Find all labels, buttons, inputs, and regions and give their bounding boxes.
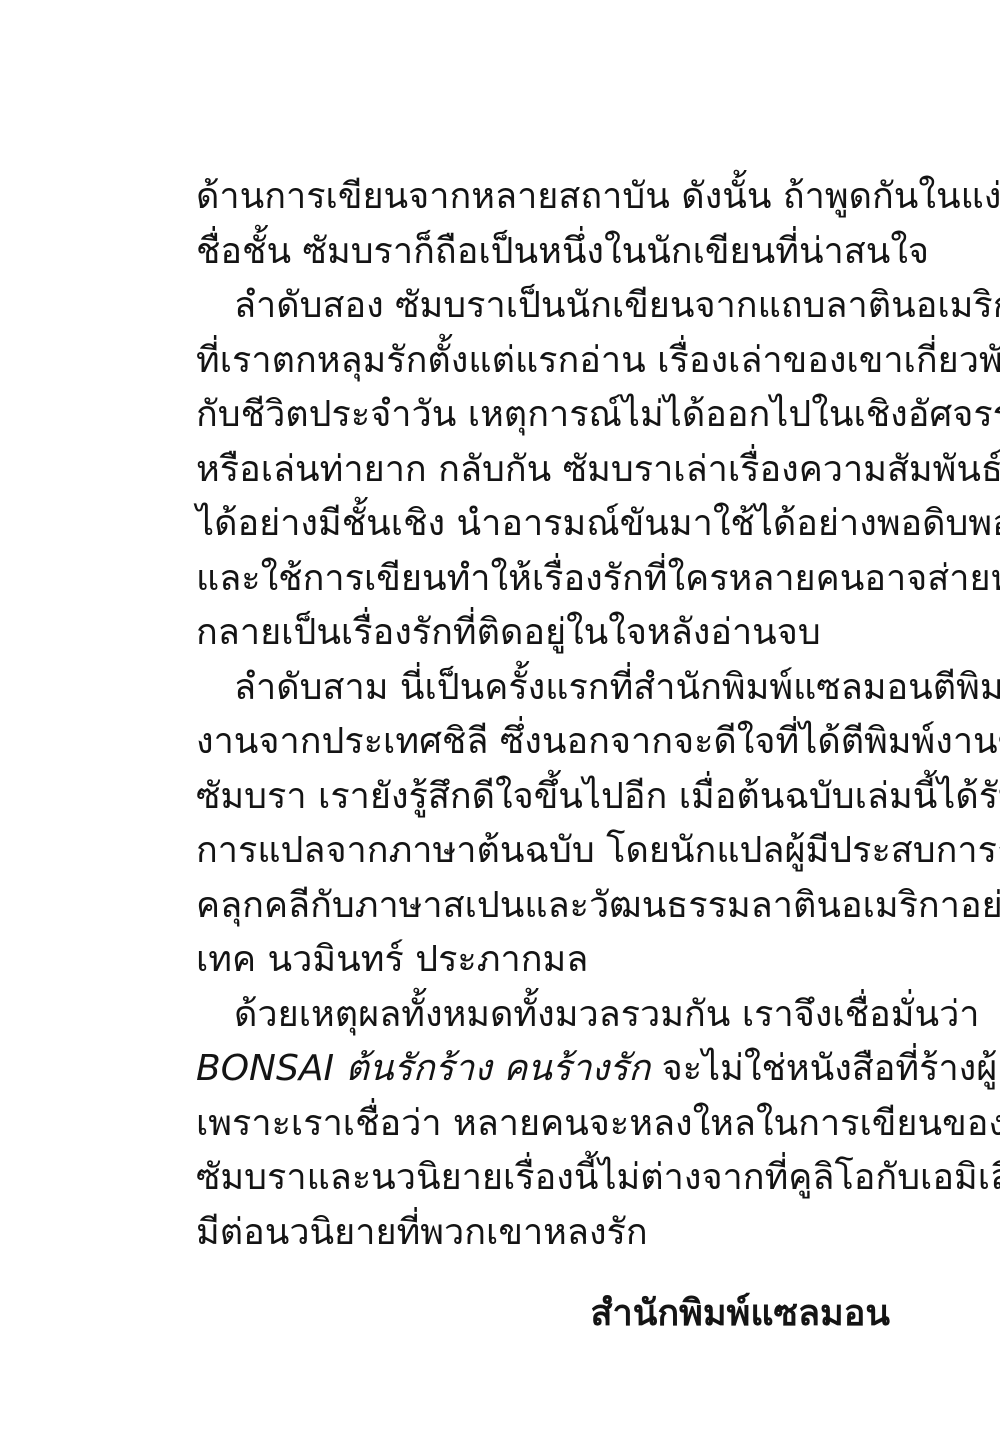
text-segment: งานจากประเทศชิลี ซึ่งนอกจากจะดีใจที่ได้ต… (196, 721, 1000, 762)
text-segment: เพราะเราเชื่อว่า หลายคนจะหลงใหลในการเขีย… (196, 1103, 1000, 1144)
text-segment: ลำดับสาม นี่เป็นครั้งแรกที่สำนักพิมพ์แซล… (234, 667, 1000, 708)
text-line: ได้อย่างมีชั้นเชิง นำอารมณ์ขันมาใช้ได้อย… (196, 497, 890, 552)
text-line: กับชีวิตประจำวัน เหตุการณ์ไม่ได้ออกไปในเ… (196, 388, 890, 443)
text-segment: ที่เราตกหลุมรักตั้งแต่แรกอ่าน เรื่องเล่า… (196, 340, 1000, 381)
text-line: ด้านการเขียนจากหลายสถาบัน ดังนั้น ถ้าพูด… (196, 170, 890, 225)
paragraph: ลำดับสาม นี่เป็นครั้งแรกที่สำนักพิมพ์แซล… (196, 661, 890, 988)
text-line: เพราะเราเชื่อว่า หลายคนจะหลงใหลในการเขีย… (196, 1097, 890, 1152)
text-line: ลำดับสาม นี่เป็นครั้งแรกที่สำนักพิมพ์แซล… (196, 661, 890, 716)
text-line: เทค นวมินทร์ ประภากมล (196, 933, 890, 988)
text-segment: ซัมบรา เรายังรู้สึกดีใจขึ้นไปอีก เมื่อต้… (196, 776, 1000, 817)
text-segment: เทค นวมินทร์ ประภากมล (196, 939, 588, 980)
text-segment: ด้วยเหตุผลทั้งหมดทั้งมวลรวมกัน เราจึงเชื… (234, 994, 980, 1035)
text-segment: มีต่อนวนิยายที่พวกเขาหลงรัก (196, 1212, 648, 1253)
text-line: การแปลจากภาษาต้นฉบับ โดยนักแปลผู้มีประสบ… (196, 824, 890, 879)
text-line: คลุกคลีกับภาษาสเปนและวัฒนธรรมลาตินอเมริก… (196, 879, 890, 934)
paragraph: ด้วยเหตุผลทั้งหมดทั้งมวลรวมกัน เราจึงเชื… (196, 988, 890, 1261)
text-segment: การแปลจากภาษาต้นฉบับ โดยนักแปลผู้มีประสบ… (196, 830, 1000, 871)
paragraph: ด้านการเขียนจากหลายสถาบัน ดังนั้น ถ้าพูด… (196, 170, 890, 279)
text-line: ด้วยเหตุผลทั้งหมดทั้งมวลรวมกัน เราจึงเชื… (196, 988, 890, 1043)
text-line: ลำดับสอง ซัมบราเป็นนักเขียนจากแถบลาตินอเ… (196, 279, 890, 334)
text-segment: ลำดับสอง ซัมบราเป็นนักเขียนจากแถบลาตินอเ… (234, 285, 1000, 326)
book-page: ด้านการเขียนจากหลายสถาบัน ดังนั้น ถ้าพูด… (0, 0, 1000, 1440)
text-segment: คลุกคลีกับภาษาสเปนและวัฒนธรรมลาตินอเมริก… (196, 885, 1000, 926)
text-segment: กับชีวิตประจำวัน เหตุการณ์ไม่ได้ออกไปในเ… (196, 394, 1000, 435)
text-segment: หรือเล่นท่ายาก กลับกัน ซัมบราเล่าเรื่องค… (196, 449, 1000, 490)
text-line: BONSAI ต้นรักร้าง คนร้างรัก จะไม่ใช่หนัง… (196, 1042, 890, 1097)
text-segment: กลายเป็นเรื่องรักที่ติดอยู่ในใจหลังอ่านจ… (196, 612, 821, 653)
publisher-signature: สำนักพิมพ์แซลมอน (196, 1288, 890, 1340)
text-line: ซัมบราและนวนิยายเรื่องนี้ไม่ต่างจากที่คู… (196, 1151, 890, 1206)
text-segment: ชื่อชั้น ซัมบราก็ถือเป็นหนึ่งในนักเขียนท… (196, 231, 929, 272)
text-block: ด้านการเขียนจากหลายสถาบัน ดังนั้น ถ้าพูด… (196, 170, 890, 1260)
text-line: มีต่อนวนิยายที่พวกเขาหลงรัก (196, 1206, 890, 1261)
text-line: กลายเป็นเรื่องรักที่ติดอยู่ในใจหลังอ่านจ… (196, 606, 890, 661)
text-segment: ได้อย่างมีชั้นเชิง นำอารมณ์ขันมาใช้ได้อย… (196, 503, 1000, 544)
text-line: งานจากประเทศชิลี ซึ่งนอกจากจะดีใจที่ได้ต… (196, 715, 890, 770)
text-segment: ด้านการเขียนจากหลายสถาบัน ดังนั้น ถ้าพูด… (196, 176, 1000, 217)
paragraph: ลำดับสอง ซัมบราเป็นนักเขียนจากแถบลาตินอเ… (196, 279, 890, 661)
text-line: ชื่อชั้น ซัมบราก็ถือเป็นหนึ่งในนักเขียนท… (196, 225, 890, 280)
text-segment: ซัมบราและนวนิยายเรื่องนี้ไม่ต่างจากที่คู… (196, 1157, 1000, 1198)
text-line: ที่เราตกหลุมรักตั้งแต่แรกอ่าน เรื่องเล่า… (196, 334, 890, 389)
text-line: ซัมบรา เรายังรู้สึกดีใจขึ้นไปอีก เมื่อต้… (196, 770, 890, 825)
book-title-italic: BONSAI ต้นรักร้าง คนร้างรัก (196, 1048, 650, 1089)
text-line: และใช้การเขียนทำให้เรื่องรักที่ใครหลายคน… (196, 552, 890, 607)
text-segment: และใช้การเขียนทำให้เรื่องรักที่ใครหลายคน… (196, 558, 1000, 599)
text-line: หรือเล่นท่ายาก กลับกัน ซัมบราเล่าเรื่องค… (196, 443, 890, 498)
text-segment: จะไม่ใช่หนังสือที่ร้างผู้อ่าน (650, 1048, 1000, 1089)
